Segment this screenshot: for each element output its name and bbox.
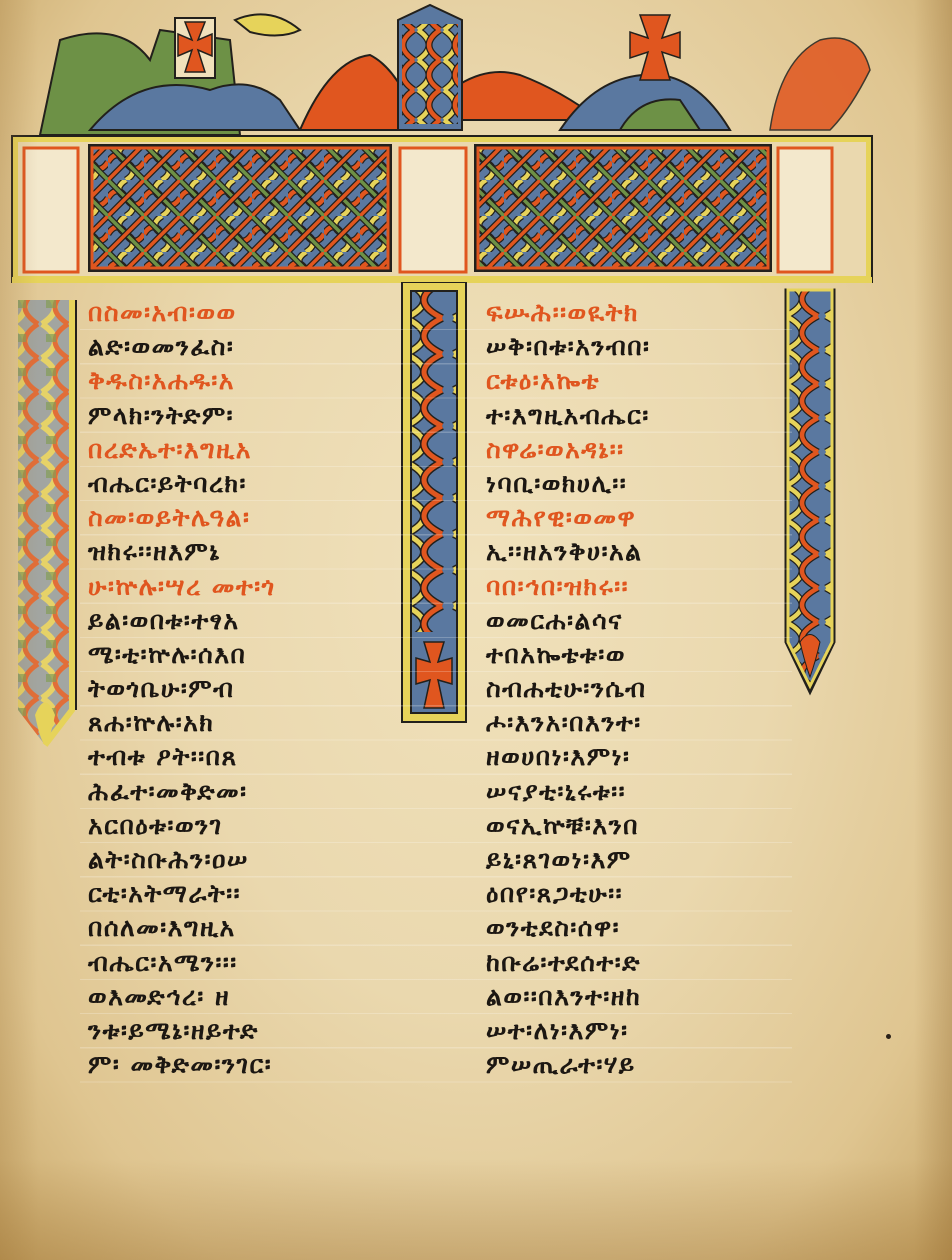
text-line: ምላክ፡ንትድም፡ — [88, 399, 394, 433]
text-line: ወመርሐ፡ልሳና — [486, 604, 786, 638]
text-line: ብሔር፡ይትባረክ፡ — [88, 467, 394, 501]
center-knot-finial — [398, 5, 462, 130]
top-left-cross — [175, 18, 215, 78]
text-line: ልወ፡፡በእንተ፡ዘከ — [486, 980, 786, 1014]
right-interlace-column — [782, 282, 842, 712]
text-line: ፍሡሕ፡፡ወዪትክ — [486, 296, 786, 330]
manuscript-page: በስመ፡አብ፡ወወ ልድ፡ወመንፈስ፡ ቅዱስ፡አሐዱ፡አ ምላክ፡ንትድም፡ … — [0, 0, 952, 1260]
text-line: ጸሐ፡ኵሉ፡አክ — [88, 706, 394, 740]
text-line: ልት፡ስቡሕን፡ዐሠ — [88, 843, 394, 877]
text-line: ኢ፡፡ዘአንቅሀ፡አል — [486, 535, 786, 569]
text-line: አርበዕቱ፡ወንገ — [88, 809, 394, 843]
text-line: ርቲ፡አትማራት፡፡ — [88, 877, 394, 911]
text-line: ተበአኰቴቱ፡ወ — [486, 638, 786, 672]
text-line: ትወጎቤሁ፡ምብ — [88, 672, 394, 706]
text-line: ነባቢ፡ወክሀሊ፡፡ — [486, 467, 786, 501]
text-line: በስመ፡አብ፡ወወ — [88, 296, 394, 330]
center-interlace-column — [400, 282, 468, 732]
text-line: ባበ፡ኅበ፡ዝክሩ፡፡ — [486, 570, 786, 604]
text-line: ብሔር፡አሜን፡፡፡ — [88, 946, 394, 980]
text-line: ሖ፡እንአ፡በእንተ፡ — [486, 706, 786, 740]
text-line: ቅዱስ፡አሐዱ፡አ — [88, 364, 394, 398]
text-line: ዕበየ፡ጸጋቲሁ፡፡ — [486, 877, 786, 911]
text-line: ዘወሀበነ፡እምነ፡ — [486, 740, 786, 774]
text-line: ተብቱ ዖት፡፡በጸ — [88, 740, 394, 774]
text-line: ሜ፡ቲ፡ኵሉ፡ሰእበ — [88, 638, 394, 672]
text-line: ርቱዕ፡አኰቴ — [486, 364, 786, 398]
text-line: ወንቲደስ፡ሰዋ፡ — [486, 911, 786, 945]
text-line: ስዋሬ፡ወአዳኔ፡፡ — [486, 433, 786, 467]
text-line: ሕፈተ፡መቅድመ፡ — [88, 775, 394, 809]
text-line: ምሠጢራተ፡ሃይ — [486, 1048, 786, 1082]
left-interlace-border — [10, 290, 90, 760]
text-line: ስመ፡ወይትሌዓል፡ — [88, 501, 394, 535]
text-line: በረድኤተ፡እግዚአ — [88, 433, 394, 467]
text-column-right: ፍሡሕ፡፡ወዪትክ ሠቅ፡በቱ፡አንብበ፡ ርቱዕ፡አኰቴ ተ፡እግዚአብሔር፡… — [486, 296, 786, 1082]
right-knot-panel — [474, 144, 772, 272]
text-line: ሠቅ፡በቱ፡አንብበ፡ — [486, 330, 786, 364]
text-line: ይኒ፡ጸገወነ፡እም — [486, 843, 786, 877]
text-line: ም፡ መቅድመ፡ንገር፡ — [88, 1048, 394, 1082]
text-line: ይል፡ወበቱ፡ተፃአ — [88, 604, 394, 638]
text-line: ማሕየዊ፡ወመዋ — [486, 501, 786, 535]
top-center-cross — [630, 15, 680, 80]
text-line: ሠተ፡ለነ፡እምነ፡ — [486, 1014, 786, 1048]
text-line: ወናኢኵቹ፡እንበ — [486, 809, 786, 843]
text-line: በሰለመ፡እግዚአ — [88, 911, 394, 945]
text-line: ሠናያቲ፡ኒሩቱ፡፡ — [486, 775, 786, 809]
text-line: ከቡሬ፡ተደሰተ፡ድ — [486, 946, 786, 980]
text-line: ልድ፡ወመንፈስ፡ — [88, 330, 394, 364]
text-column-left: በስመ፡አብ፡ወወ ልድ፡ወመንፈስ፡ ቅዱስ፡አሐዱ፡አ ምላክ፡ንትድም፡ … — [88, 296, 394, 1082]
left-knot-panel — [88, 144, 392, 272]
text-line: ተ፡እግዚአብሔር፡ — [486, 399, 786, 433]
text-line: ንቱ፡ይሜኔ፡ዘይተድ — [88, 1014, 394, 1048]
text-line: ወእመድኅረ፡ ዘ — [88, 980, 394, 1014]
text-line: ሁ፡ኵሉ፡ሣረ መተ፡ጎ — [88, 570, 394, 604]
text-line: ስብሐቲሁ፡ንሴብ — [486, 672, 786, 706]
ink-speck — [886, 1034, 891, 1039]
interlace-headpiece — [0, 0, 952, 290]
text-line: ዝክሩ፡፡ዘእምኔ — [88, 535, 394, 569]
